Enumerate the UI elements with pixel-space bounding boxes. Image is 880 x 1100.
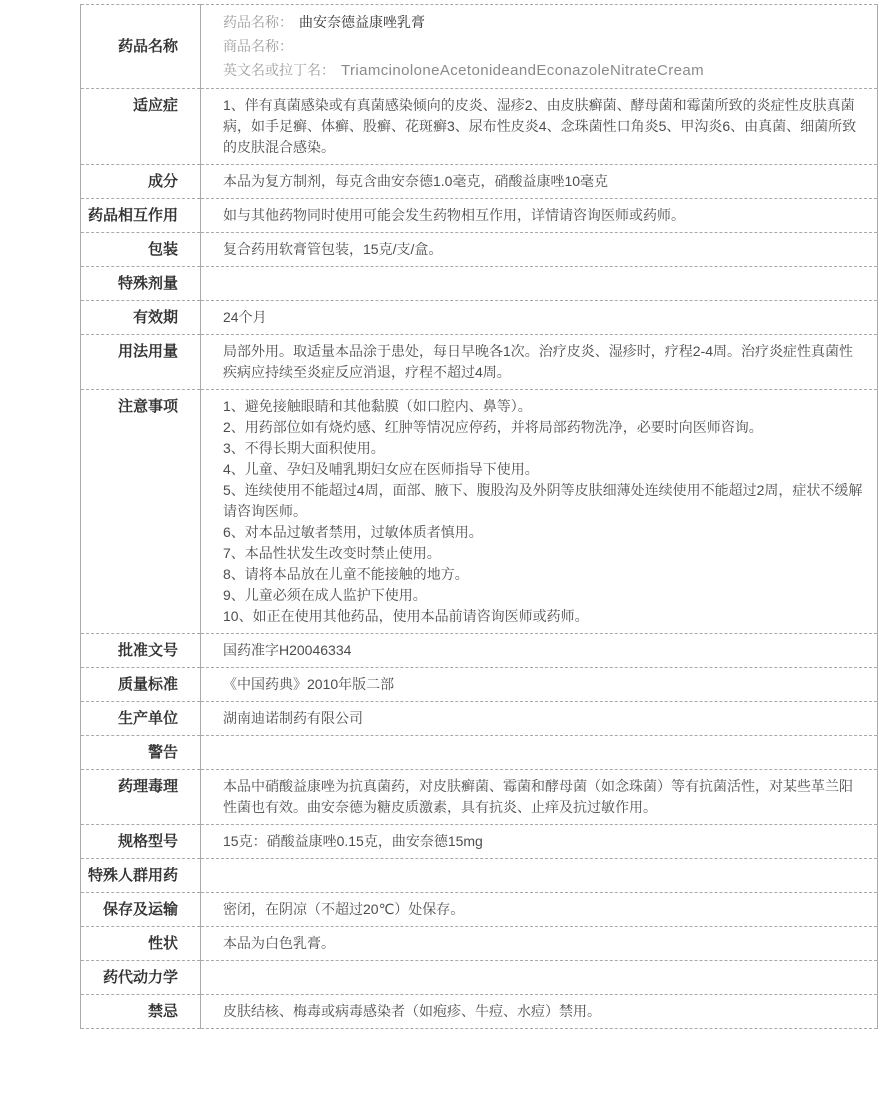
content-line: 4、儿童、孕妇及哺乳期妇女应在医师指导下使用。 <box>223 459 863 480</box>
table-row: 成分本品为复方制剂，每克含曲安奈德1.0毫克，硝酸益康唑10毫克 <box>81 165 878 199</box>
table-row: 性状本品为白色乳膏。 <box>81 927 878 961</box>
table-row: 规格型号15克：硝酸益康唑0.15克，曲安奈德15mg <box>81 825 878 859</box>
row-content <box>201 859 878 893</box>
table-row: 包装复合药用软膏管包装，15克/支/盒。 <box>81 233 878 267</box>
row-label: 药理毒理 <box>81 770 201 825</box>
row-content: 24个月 <box>201 301 878 335</box>
content-line: 3、不得长期大面积使用。 <box>223 438 863 459</box>
row-content: 本品为白色乳膏。 <box>201 927 878 961</box>
table-row: 用法用量局部外用。取适量本品涂于患处，每日早晚各1次。治疗皮炎、湿疹时，疗程2-… <box>81 335 878 390</box>
row-content: 密闭，在阴凉（不超过20℃）处保存。 <box>201 893 878 927</box>
row-content: 皮肤结核、梅毒或病毒感染者（如疱疹、牛痘、水痘）禁用。 <box>201 995 878 1029</box>
table-row: 保存及运输密闭，在阴凉（不超过20℃）处保存。 <box>81 893 878 927</box>
row-label: 生产单位 <box>81 702 201 736</box>
content-line: 局部外用。取适量本品涂于患处，每日早晚各1次。治疗皮炎、湿疹时，疗程2-4周。治… <box>223 341 863 383</box>
table-row: 药品相互作用如与其他药物同时使用可能会发生药物相互作用，详情请咨询医师或药师。 <box>81 199 878 233</box>
english-name-value: TriamcinoloneAcetonideandEconazoleNitrat… <box>341 62 704 79</box>
content-line: 9、儿童必须在成人监护下使用。 <box>223 585 863 606</box>
content-line: 皮肤结核、梅毒或病毒感染者（如疱疹、牛痘、水痘）禁用。 <box>223 1001 863 1022</box>
row-label: 规格型号 <box>81 825 201 859</box>
row-content <box>201 961 878 995</box>
content-line: 如与其他药物同时使用可能会发生药物相互作用，详情请咨询医师或药师。 <box>223 205 863 226</box>
row-label: 警告 <box>81 736 201 770</box>
drug-info-table: 药品名称 药品名称：曲安奈德益康唑乳膏 商品名称： 英文名或拉丁名：Triamc… <box>80 4 878 1029</box>
content-line: 15克：硝酸益康唑0.15克，曲安奈德15mg <box>223 831 863 852</box>
table-row: 生产单位湖南迪诺制药有限公司 <box>81 702 878 736</box>
table-row: 药理毒理本品中硝酸益康唑为抗真菌药，对皮肤癣菌、霉菌和酵母菌（如念珠菌）等有抗菌… <box>81 770 878 825</box>
row-content: 湖南迪诺制药有限公司 <box>201 702 878 736</box>
row-label: 有效期 <box>81 301 201 335</box>
content-line: 本品为复方制剂，每克含曲安奈德1.0毫克，硝酸益康唑10毫克 <box>223 171 863 192</box>
row-content: 15克：硝酸益康唑0.15克，曲安奈德15mg <box>201 825 878 859</box>
row-content: 本品中硝酸益康唑为抗真菌药，对皮肤癣菌、霉菌和酵母菌（如念珠菌）等有抗菌活性，对… <box>201 770 878 825</box>
drug-name-sublabel: 药品名称： <box>223 14 293 30</box>
content-line: 复合药用软膏管包装，15克/支/盒。 <box>223 239 863 260</box>
row-content: 1、伴有真菌感染或有真菌感染倾向的皮炎、湿疹2、由皮肤癣菌、酵母菌和霉菌所致的炎… <box>201 89 878 165</box>
row-label: 质量标准 <box>81 668 201 702</box>
row-content: 国药准字H20046334 <box>201 634 878 668</box>
row-label: 特殊剂量 <box>81 267 201 301</box>
content-line: 5、连续使用不能超过4周，面部、腋下、腹股沟及外阴等皮肤细薄处连续使用不能超过2… <box>223 480 863 522</box>
row-content <box>201 736 878 770</box>
row-content: 本品为复方制剂，每克含曲安奈德1.0毫克，硝酸益康唑10毫克 <box>201 165 878 199</box>
drug-name-value: 曲安奈德益康唑乳膏 <box>299 14 425 30</box>
drug-info-page: 药品名称 药品名称：曲安奈德益康唑乳膏 商品名称： 英文名或拉丁名：Triamc… <box>0 0 880 1029</box>
row-label: 注意事项 <box>81 390 201 634</box>
content-line: 2、用药部位如有烧灼感、红肿等情况应停药，并将局部药物洗净，必要时向医师咨询。 <box>223 417 863 438</box>
table-row: 特殊人群用药 <box>81 859 878 893</box>
content-line: 本品为白色乳膏。 <box>223 933 863 954</box>
content-line: 10、如正在使用其他药品，使用本品前请咨询医师或药师。 <box>223 606 863 627</box>
table-row: 注意事项1、避免接触眼睛和其他黏膜（如口腔内、鼻等）。2、用药部位如有烧灼感、红… <box>81 390 878 634</box>
content-line: 密闭，在阴凉（不超过20℃）处保存。 <box>223 899 863 920</box>
content-line: 1、伴有真菌感染或有真菌感染倾向的皮炎、湿疹2、由皮肤癣菌、酵母菌和霉菌所致的炎… <box>223 95 863 158</box>
table-row-drug-name: 药品名称 药品名称：曲安奈德益康唑乳膏 商品名称： 英文名或拉丁名：Triamc… <box>81 5 878 89</box>
trade-name-subrow: 商品名称： <box>223 34 863 58</box>
row-label: 批准文号 <box>81 634 201 668</box>
content-line: 《中国药典》2010年版二部 <box>223 674 863 695</box>
row-content: 如与其他药物同时使用可能会发生药物相互作用，详情请咨询医师或药师。 <box>201 199 878 233</box>
row-label: 用法用量 <box>81 335 201 390</box>
table-row: 警告 <box>81 736 878 770</box>
content-line: 7、本品性状发生改变时禁止使用。 <box>223 543 863 564</box>
row-label: 禁忌 <box>81 995 201 1029</box>
table-row: 特殊剂量 <box>81 267 878 301</box>
content-line: 本品中硝酸益康唑为抗真菌药，对皮肤癣菌、霉菌和酵母菌（如念珠菌）等有抗菌活性，对… <box>223 776 863 818</box>
row-label: 性状 <box>81 927 201 961</box>
table-row: 适应症1、伴有真菌感染或有真菌感染倾向的皮炎、湿疹2、由皮肤癣菌、酵母菌和霉菌所… <box>81 89 878 165</box>
row-content-drug-name: 药品名称：曲安奈德益康唑乳膏 商品名称： 英文名或拉丁名：Triamcinolo… <box>201 5 878 89</box>
trade-name-sublabel: 商品名称： <box>223 38 293 54</box>
content-line: 1、避免接触眼睛和其他黏膜（如口腔内、鼻等）。 <box>223 396 863 417</box>
drug-name-subrow: 药品名称：曲安奈德益康唑乳膏 <box>223 10 863 34</box>
table-row: 批准文号国药准字H20046334 <box>81 634 878 668</box>
table-row: 禁忌皮肤结核、梅毒或病毒感染者（如疱疹、牛痘、水痘）禁用。 <box>81 995 878 1029</box>
table-row: 有效期24个月 <box>81 301 878 335</box>
english-name-subrow: 英文名或拉丁名：TriamcinoloneAcetonideandEconazo… <box>223 58 863 83</box>
row-label: 成分 <box>81 165 201 199</box>
row-label: 适应症 <box>81 89 201 165</box>
row-label-drug-name: 药品名称 <box>81 5 201 89</box>
row-content: 《中国药典》2010年版二部 <box>201 668 878 702</box>
row-label: 特殊人群用药 <box>81 859 201 893</box>
content-line: 8、请将本品放在儿童不能接触的地方。 <box>223 564 863 585</box>
row-label: 包装 <box>81 233 201 267</box>
row-content: 1、避免接触眼睛和其他黏膜（如口腔内、鼻等）。2、用药部位如有烧灼感、红肿等情况… <box>201 390 878 634</box>
table-row: 质量标准《中国药典》2010年版二部 <box>81 668 878 702</box>
content-line: 国药准字H20046334 <box>223 640 863 661</box>
row-content: 局部外用。取适量本品涂于患处，每日早晚各1次。治疗皮炎、湿疹时，疗程2-4周。治… <box>201 335 878 390</box>
row-content <box>201 267 878 301</box>
table-row: 药代动力学 <box>81 961 878 995</box>
row-content: 复合药用软膏管包装，15克/支/盒。 <box>201 233 878 267</box>
content-line: 6、对本品过敏者禁用，过敏体质者慎用。 <box>223 522 863 543</box>
content-line: 湖南迪诺制药有限公司 <box>223 708 863 729</box>
english-name-sublabel: 英文名或拉丁名： <box>223 62 335 78</box>
content-line: 24个月 <box>223 307 863 328</box>
row-label: 保存及运输 <box>81 893 201 927</box>
row-label: 药品相互作用 <box>81 199 201 233</box>
row-label: 药代动力学 <box>81 961 201 995</box>
